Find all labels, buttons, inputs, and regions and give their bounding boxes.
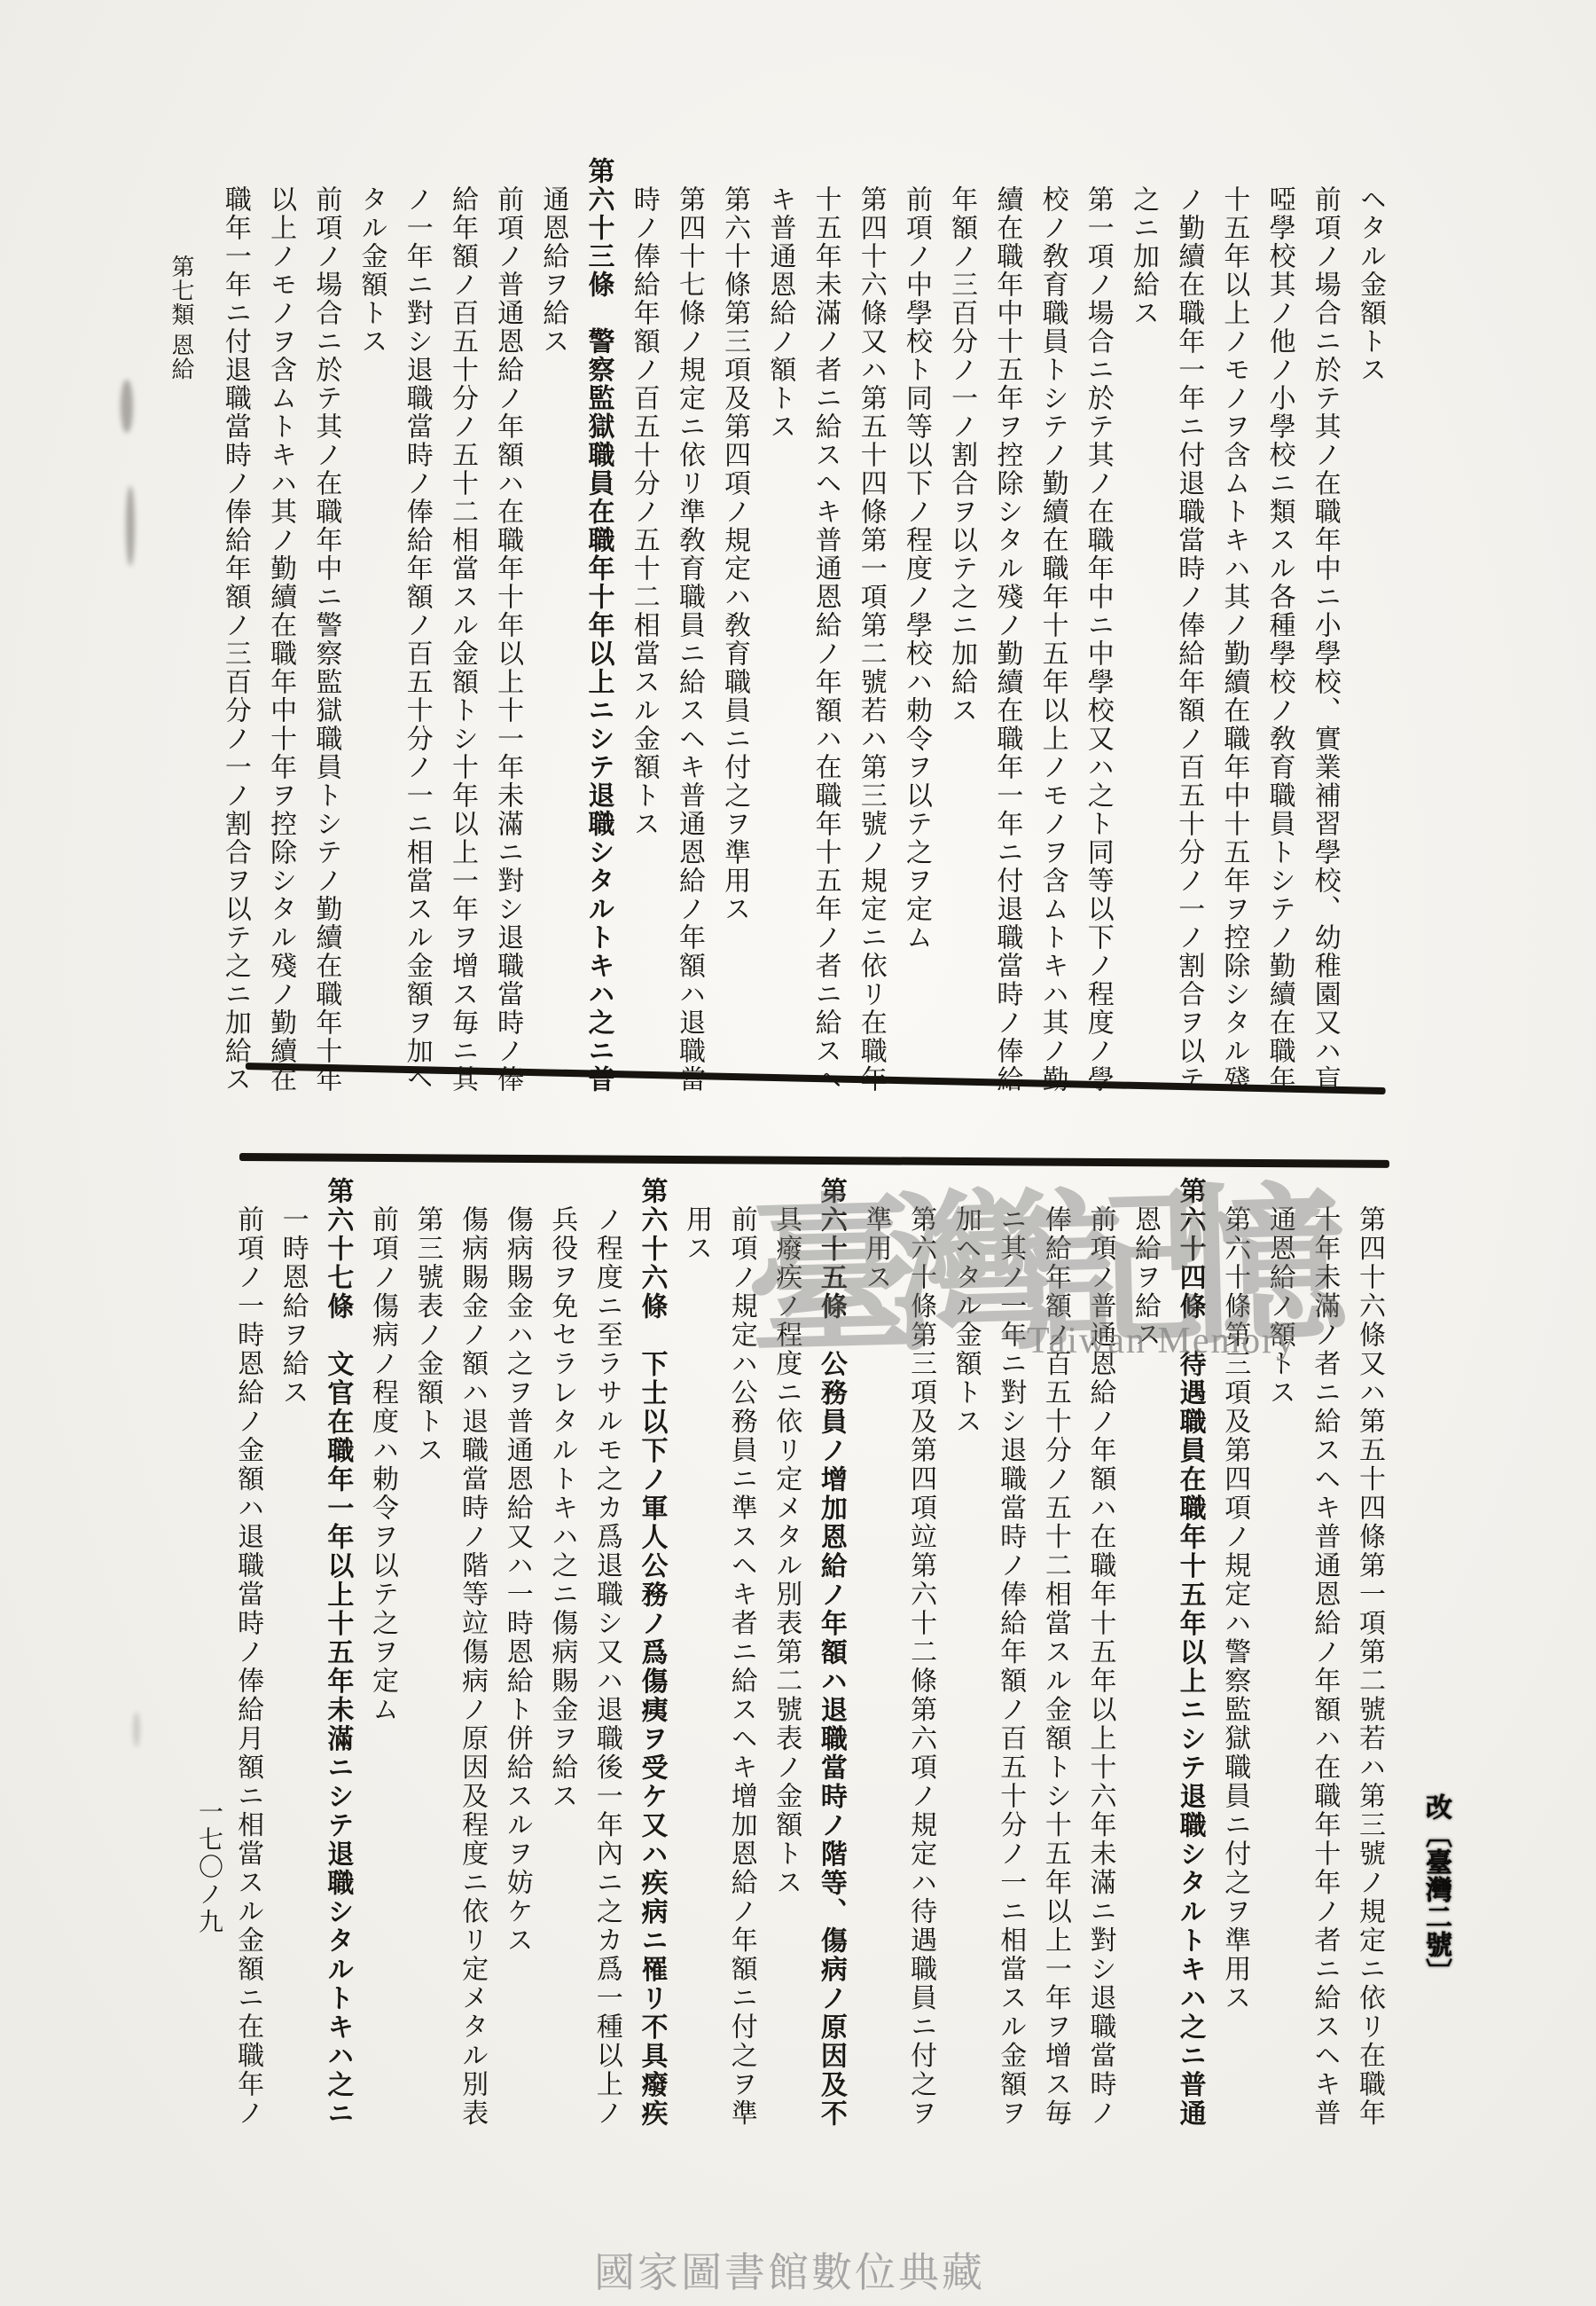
- text-column: 啞學校其ノ他ノ小學校ニ類スル各種學校ノ敎育職員トシテノ勤續在職年: [1256, 157, 1302, 1094]
- text-column: 前項ノ場合ニ於テ其ノ在職年中ニ警察監獄職員トシテノ勤續在職年十年: [303, 157, 348, 1094]
- text-column: 通恩給ノ額トス: [1256, 1177, 1302, 2129]
- text-column: ノ勤續在職年一年ニ付退職當時ノ俸給年額ノ百五十分ノ一ノ割合ヲ以テ: [1166, 157, 1211, 1094]
- text-column: 前項ノ普通恩給ノ年額ハ在職年十年以上十一年未滿ニ對シ退職當時ノ俸: [485, 157, 530, 1094]
- text-column: 傷病賜金ノ額ハ退職當時ノ階等竝傷病ノ原因及程度ニ依リ定メタル別表: [450, 1177, 495, 2129]
- text-column: 第四十六條又ハ第五十四條第一項第二號若ハ第三號ノ規定ニ依リ在職年: [1346, 1177, 1391, 2129]
- text-column: 恩給ヲ給ス: [1122, 1177, 1167, 2129]
- text-column: 第六十條第三項及第四項竝第六十二條第六項ノ規定ハ待遇職員ニ付之ヲ: [897, 1177, 943, 2129]
- text-column: 十五年以上ノモノヲ含ムトキハ其ノ勤續在職年中十五年ヲ控除シタル殘: [1211, 157, 1256, 1094]
- text-column: 準用ス: [853, 1177, 898, 2129]
- scan-smudge: [133, 1712, 140, 1747]
- text-column: 第六十條第三項及第四項ノ規定ハ警察監獄職員ニ付之ヲ準用ス: [1212, 1177, 1257, 2129]
- text-column: キ普通恩給ノ額トス: [757, 157, 802, 1094]
- text-column: 十五年未滿ノ者ニ給スヘキ普通恩給ノ年額ハ在職年十五年ノ者ニ給スヘ: [802, 157, 848, 1094]
- text-column: 第六十條第三項及第四項ノ規定ハ敎育職員ニ付之ヲ準用ス: [712, 157, 757, 1094]
- article-header-column: 第六十六條 下士以下ノ軍人公務ノ爲傷痍ヲ受ケ又ハ疾病ニ罹リ不具癈疾: [629, 1177, 674, 2129]
- divider-rule-lower: [239, 1153, 1389, 1168]
- text-column: ニ其ノ一年ニ對シ退職當時ノ俸給年額ノ百五十分ノ一ニ相當スル金額ヲ: [988, 1177, 1033, 2129]
- text-column: 傷病賜金ハ之ヲ普通恩給又ハ一時恩給ト併給スルヲ妨ケス: [494, 1177, 539, 2129]
- article-header-column: 第六十四條 待遇職員在職年十五年以上ニシテ退職シタルトキハ之ニ普通: [1167, 1177, 1212, 2129]
- text-column: 以上ノモノヲ含ムトキハ其ノ勤續在職年中十年ヲ控除シタル殘ノ勤續在: [258, 157, 303, 1094]
- text-column: 給年額ノ百五十分ノ五十二相當スル金額トシ十年以上一年ヲ增ス毎ニ其: [440, 157, 485, 1094]
- text-column: 俸給年額ノ百五十分ノ五十二相當スル金額トシ十五年以上一年ヲ增ス毎: [1032, 1177, 1077, 2129]
- text-column: 前項ノ規定ハ公務員ニ準スヘキ者ニ給スヘキ增加恩給ノ年額ニ付之ヲ準: [718, 1177, 763, 2129]
- page-number: 一七〇ノ九: [191, 1799, 226, 1936]
- national-library-archive-stamp: 國家圖書館數位典藏: [594, 2240, 985, 2299]
- text-column: 通恩給ヲ給ス: [530, 157, 575, 1094]
- text-column: 年額ノ三百分ノ一ノ割合ヲ以テ之ニ加給ス: [939, 157, 984, 1094]
- margin-citation-note: 改〔臺灣二號〕: [1416, 1793, 1455, 1986]
- text-column: ノ一年ニ對シ退職當時ノ俸給年額ノ百五十分ノ一ニ相當スル金額ヲ加ヘ: [395, 157, 440, 1094]
- text-column: 第一項ノ場合ニ於テ其ノ在職年中ニ中學校又ハ之ト同等以下ノ程度ノ學: [1076, 157, 1121, 1094]
- text-column: タル金額トス: [348, 157, 394, 1094]
- scan-smudge: [126, 486, 135, 566]
- text-column: ヘタル金額トス: [1348, 157, 1393, 1094]
- text-column: 第三號表ノ金額トス: [404, 1177, 450, 2129]
- text-column: 續在職年中十五年ヲ控除シタル殘ノ勤續在職年一年ニ付退職當時ノ俸給: [984, 157, 1029, 1094]
- article-header-column: 第六十七條 文官在職年一年以上十五年未滿ニシテ退職シタルトキハ之ニ: [315, 1177, 360, 2129]
- text-column: 時ノ俸給年額ノ百五十分ノ五十二相當スル金額トス: [622, 157, 667, 1094]
- text-column: 之ニ加給ス: [1121, 157, 1166, 1094]
- text-column: 職年一年ニ付退職當時ノ俸給年額ノ三百分ノ一ノ割合ヲ以テ之ニ加給ス: [213, 157, 258, 1094]
- text-column: 前項ノ場合ニ於テ其ノ在職年中ニ小學校、實業補習學校、幼稚園又ハ盲: [1303, 157, 1348, 1094]
- statute-text-block-bottom: 第四十六條又ハ第五十四條第一項第二號若ハ第三號ノ規定ニ依リ在職年十年未滿ノ者ニ給…: [225, 1177, 1391, 2129]
- text-column: 前項ノ普通恩給ノ年額ハ在職年十五年以上十六年未滿ニ對シ退職當時ノ: [1077, 1177, 1123, 2129]
- text-column: 前項ノ傷病ノ程度ハ勅令ヲ以テ之ヲ定ム: [359, 1177, 404, 2129]
- scan-smudge: [121, 380, 133, 433]
- text-column: 具癈疾ノ程度ニ依リ定メタル別表第二號表ノ金額トス: [763, 1177, 809, 2129]
- article-header-column: 第六十三條 警察監獄職員在職年十年以上ニシテ退職シタルトキハ之ニ普: [575, 157, 621, 1094]
- text-column: 校ノ敎育職員トシテノ勤續在職年十五年以上ノモノヲ含ムトキハ其ノ勤: [1029, 157, 1075, 1094]
- statute-text-block-top: ヘタル金額トス前項ノ場合ニ於テ其ノ在職年中ニ小學校、實業補習學校、幼稚園又ハ盲啞…: [213, 157, 1393, 1094]
- text-column: 前項ノ一時恩給ノ金額ハ退職當時ノ俸給月額ニ相當スル金額ニ在職年ノ: [225, 1177, 270, 2129]
- article-header-column: 第六十五條 公務員ノ增加恩給ノ年額ハ退職當時ノ階等、傷病ノ原因及不: [808, 1177, 853, 2129]
- text-column: 第四十六條又ハ第五十四條第一項第二號若ハ第三號ノ規定ニ依リ在職年: [849, 157, 894, 1094]
- text-column: 一時恩給ヲ給ス: [270, 1177, 315, 2129]
- text-column: 前項ノ中學校ト同等以下ノ程度ノ學校ハ勅令ヲ以テ之ヲ定ム: [894, 157, 939, 1094]
- text-column: 加ヘタル金額トス: [943, 1177, 988, 2129]
- text-column: 十年未滿ノ者ニ給スヘキ普通恩給ノ年額ハ在職年十年ノ者ニ給スヘキ普: [1302, 1177, 1347, 2129]
- text-column: 兵役ヲ免セラレタルトキハ之ニ傷病賜金ヲ給ス: [539, 1177, 584, 2129]
- text-column: 第四十七條ノ規定ニ依リ準敎育職員ニ給スヘキ普通恩給ノ年額ハ退職當: [667, 157, 712, 1094]
- text-column: 用ス: [674, 1177, 719, 2129]
- text-column: ノ程度ニ至ラサルモ之カ爲退職シ又ハ退職後一年內ニ之カ爲一種以上ノ: [583, 1177, 629, 2129]
- category-header: 第七類 恩給: [165, 255, 198, 381]
